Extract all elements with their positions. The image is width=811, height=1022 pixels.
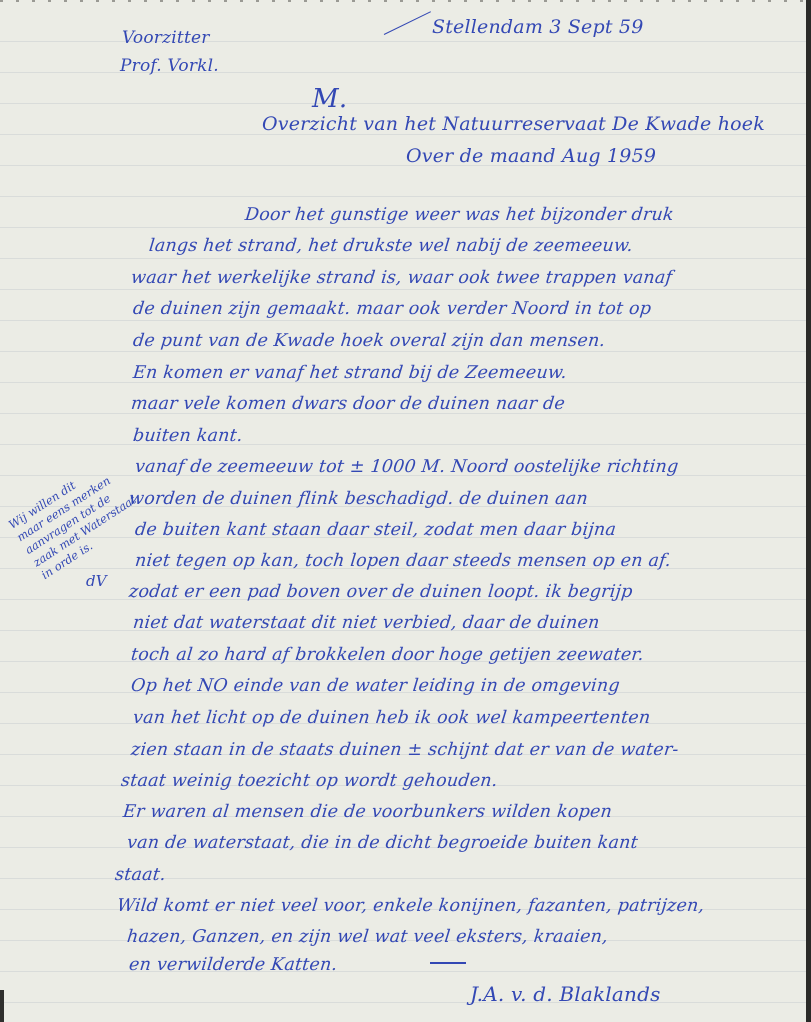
body-line-12: niet tegen op kan, toch lopen daar steed…	[134, 551, 672, 571]
body-line-14: niet dat waterstaat dit niet verbied, da…	[132, 613, 601, 633]
recipient-note-line1: Voorzitter	[122, 28, 210, 48]
decorative-stroke	[384, 11, 431, 35]
letter-page: Voorzitter Prof. Vorkl. Stellendam 3 Sep…	[0, 0, 806, 1022]
page-edge-shadow	[806, 0, 811, 1022]
title-line1: Overzicht van het Natuurreservaat De Kwa…	[262, 113, 765, 135]
body-line-10: worden de duinen flink beschadigd. de du…	[128, 489, 589, 509]
body-line-19: staat weinig toezicht op wordt gehouden.	[120, 771, 499, 791]
body-line-8: buiten kant.	[132, 426, 244, 446]
body-line-4: de duinen zijn gemaakt. maar ook verder …	[132, 299, 652, 319]
body-line-17: van het licht op de duinen heb ik ook we…	[132, 708, 651, 728]
body-line-25: en verwilderde Katten.	[128, 955, 338, 975]
body-line-9: vanaf de zeemeeuw tot ± 1000 M. Noord oo…	[134, 457, 680, 477]
body-line-23: Wild komt er niet veel voor, enkele koni…	[116, 896, 705, 916]
body-line-13: zodat er een pad boven over de duinen lo…	[128, 582, 634, 602]
body-line-5: de punt van de Kwade hoek overal zijn da…	[132, 331, 606, 351]
margin-initials: dV	[86, 572, 107, 590]
body-line-11: de buiten kant staan daar steil, zodat m…	[134, 520, 617, 540]
title-line2: Over de maand Aug 1959	[406, 145, 656, 167]
body-line-6: En komen er vanaf het strand bij de Zeem…	[132, 363, 568, 383]
body-line-16: Op het NO einde van de water leiding in …	[130, 676, 621, 696]
signature: J.A. v. d. Blaklands	[470, 982, 661, 1006]
perforated-edge	[0, 0, 806, 2]
body-line-15: toch al zo hard af brokkelen door hoge g…	[130, 645, 645, 665]
body-line-24: hazen, Ganzen, en zijn wel wat veel ekst…	[126, 927, 609, 947]
body-line-18: zien staan in de staats duinen ± schijnt…	[130, 740, 680, 760]
recipient-note-line2: Prof. Vorkl.	[120, 56, 219, 76]
body-line-20: Er waren al mensen die de voorbunkers wi…	[122, 802, 613, 822]
page-corner-shadow	[0, 990, 4, 1022]
margin-note: Wij willen dit maar eens merken aanvrage…	[6, 455, 147, 583]
body-line-21: van de waterstaat, die in de dicht begro…	[126, 833, 639, 853]
body-line-3: waar het werkelijke strand is, waar ook …	[130, 268, 673, 288]
place-date: Stellendam 3 Sept 59	[432, 16, 643, 38]
closing-dash	[430, 962, 466, 964]
body-line-7: maar vele komen dwars door de duinen naa…	[130, 394, 566, 414]
body-line-22: staat.	[114, 865, 167, 885]
body-line-1: Door het gunstige weer was het bijzonder…	[244, 205, 675, 225]
salutation: M.	[312, 84, 347, 114]
body-line-2: langs het strand, het drukste wel nabij …	[148, 236, 634, 256]
